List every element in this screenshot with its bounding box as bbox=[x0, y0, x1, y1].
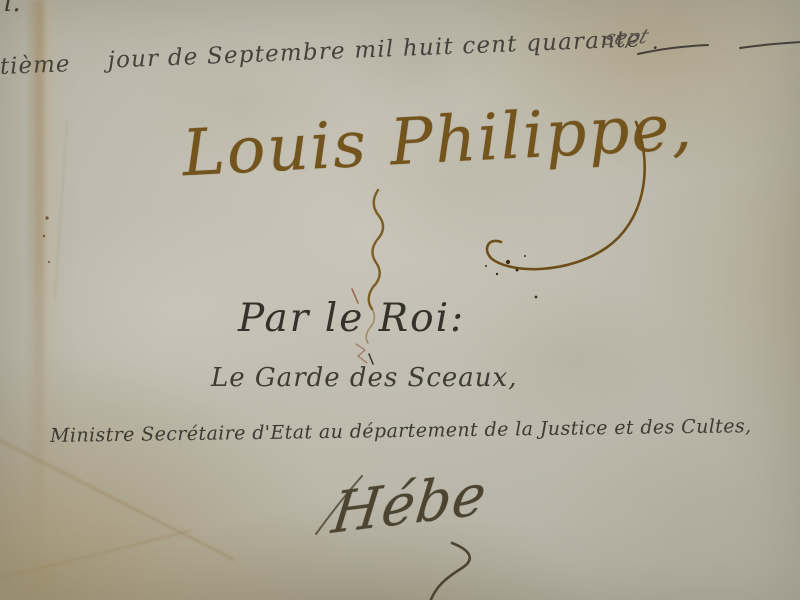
minister-title-line: Ministre Secrétaire d'Etat au départemen… bbox=[50, 415, 752, 447]
royal-signature: Louis Philippe, bbox=[180, 91, 695, 192]
date-word-fragment: tième bbox=[0, 51, 71, 80]
red-ink-mark bbox=[356, 344, 367, 363]
ink-spatter bbox=[485, 255, 537, 298]
date-inserted-word: sept bbox=[601, 24, 652, 50]
keeper-of-seals-line: Le Garde des Sceaux, bbox=[211, 363, 517, 393]
signature-paraph-squiggle bbox=[369, 190, 383, 309]
parchment-document-photo: l. tième jour de Septembre mil huit cent… bbox=[0, 0, 800, 600]
vertical-fold-crease bbox=[26, 0, 60, 600]
by-the-king-heading: Par le Roi: bbox=[238, 296, 465, 341]
countersignature-flourish bbox=[430, 543, 470, 600]
countersignature: Hébe bbox=[328, 462, 490, 547]
date-period: . bbox=[651, 30, 659, 55]
cut-off-text-fragment: l. bbox=[4, 0, 21, 18]
date-main-text: jour de Septembre mil huit cent quarante bbox=[107, 26, 642, 73]
date-line: tième jour de Septembre mil huit cent qu… bbox=[0, 16, 800, 90]
